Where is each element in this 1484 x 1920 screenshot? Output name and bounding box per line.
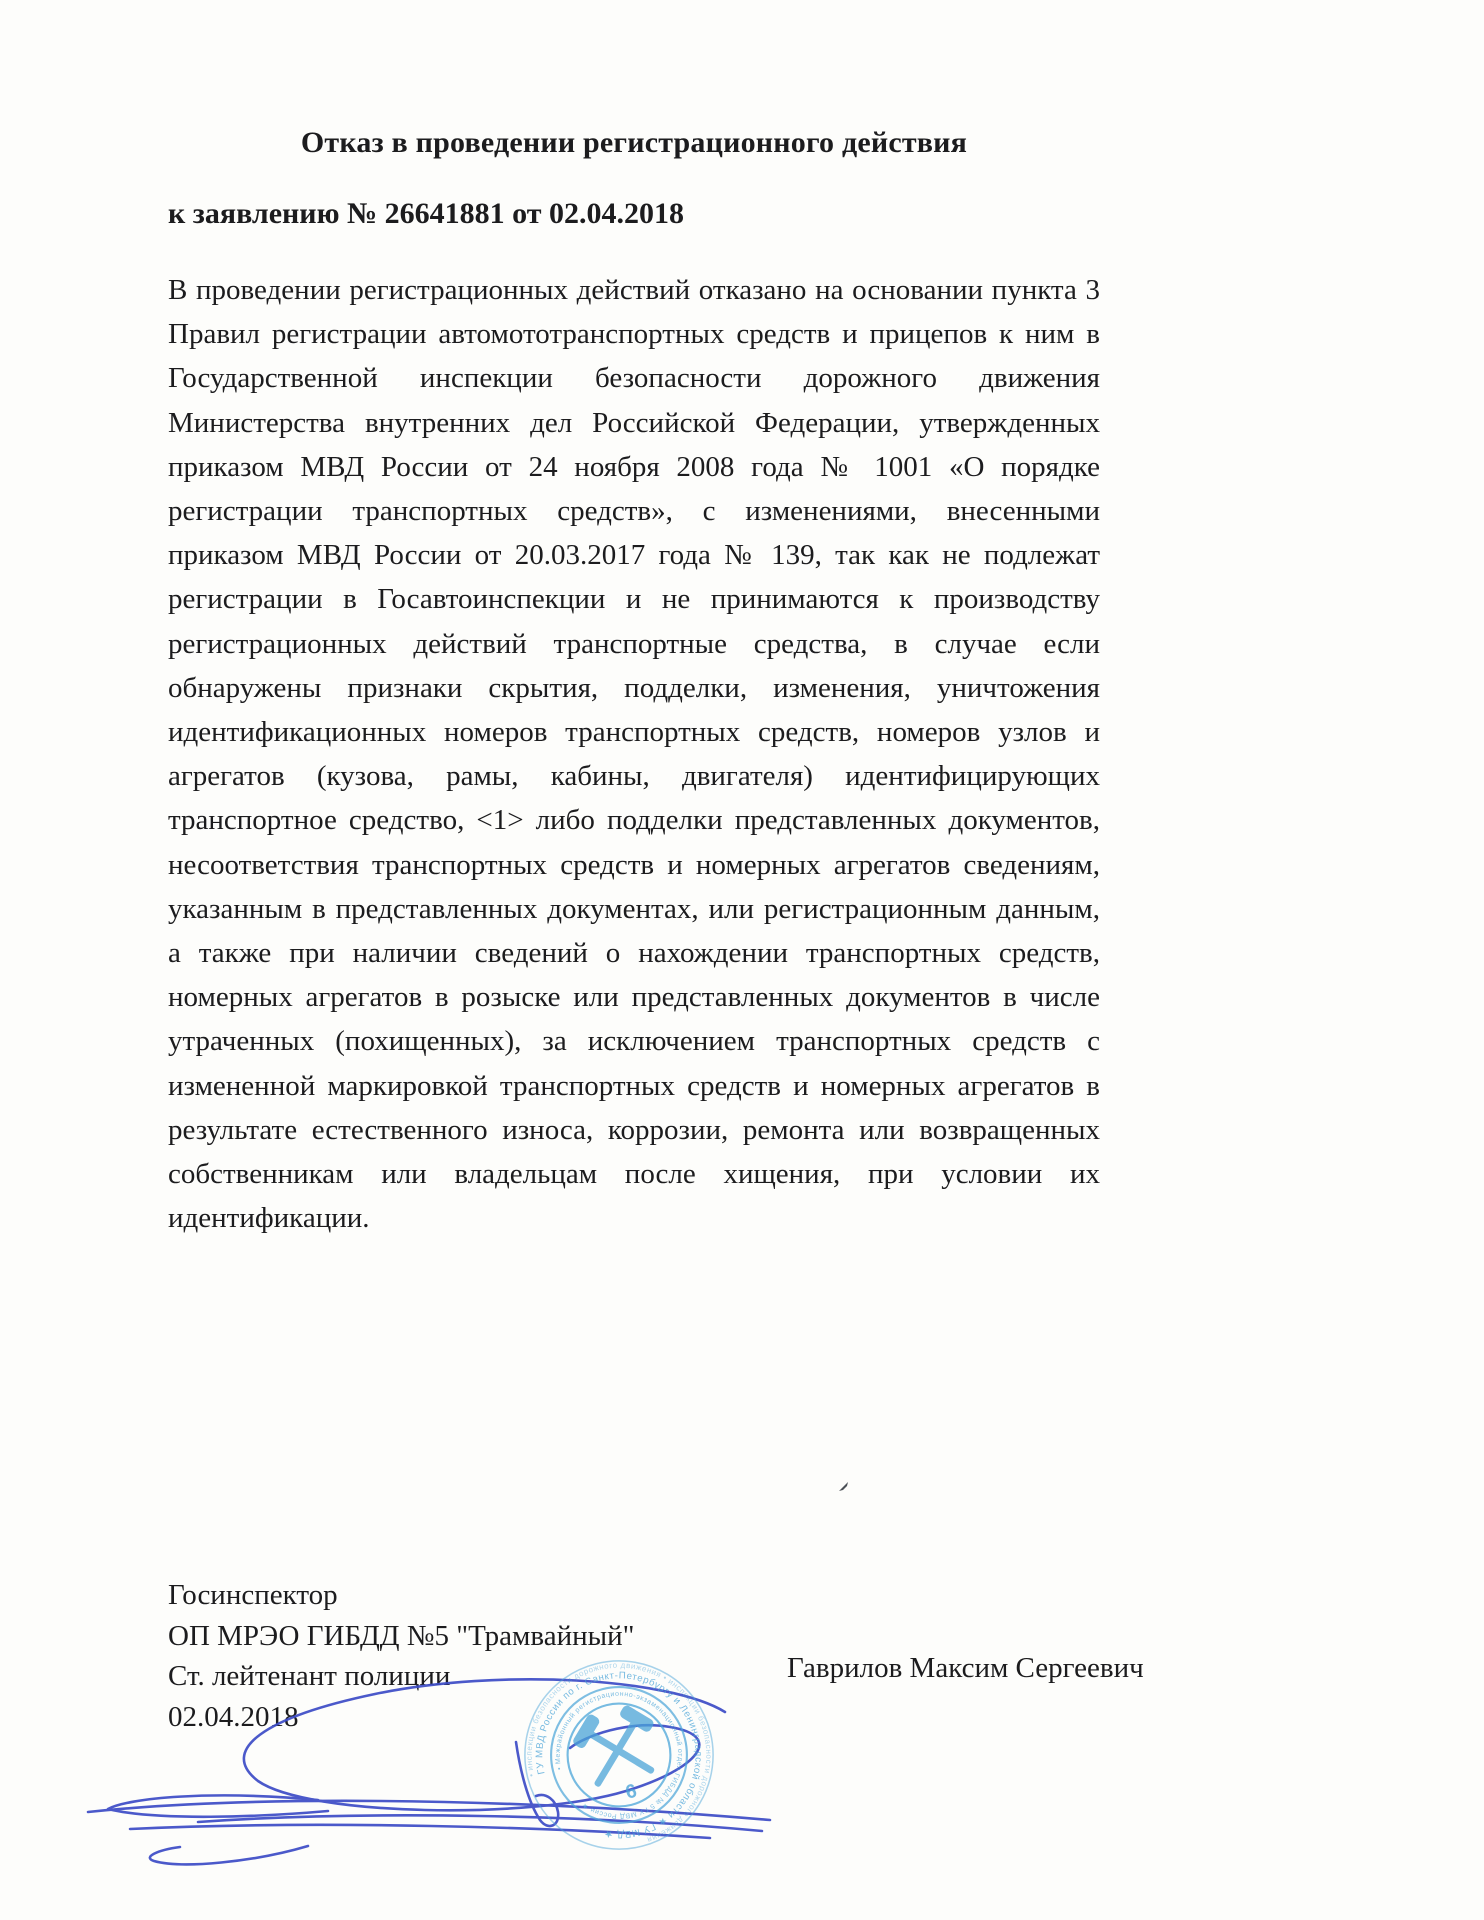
officer-name: Гаврилов Максим Сергеевич: [787, 1652, 1144, 1685]
application-reference-line: к заявлению № 26641881 от 02.04.2018: [168, 197, 1100, 231]
stamp-number: 6: [623, 1780, 639, 1804]
document-title: Отказ в проведении регистрационного дейс…: [168, 126, 1100, 160]
scanned-document-page: Отказ в проведении регистрационного дейс…: [0, 0, 1484, 1920]
ink-speck-icon: [836, 1481, 850, 1494]
crossed-hammers-icon: [565, 1698, 669, 1801]
refusal-body-text: В проведении регистрационных действий от…: [168, 268, 1100, 1240]
signature-tail: [150, 1846, 308, 1864]
signer-position-line1: Госинспектор: [168, 1575, 634, 1616]
stamp-ring-middle-label: ГУ МВД России по г. Санкт-Петербургу и Л…: [516, 1652, 721, 1857]
